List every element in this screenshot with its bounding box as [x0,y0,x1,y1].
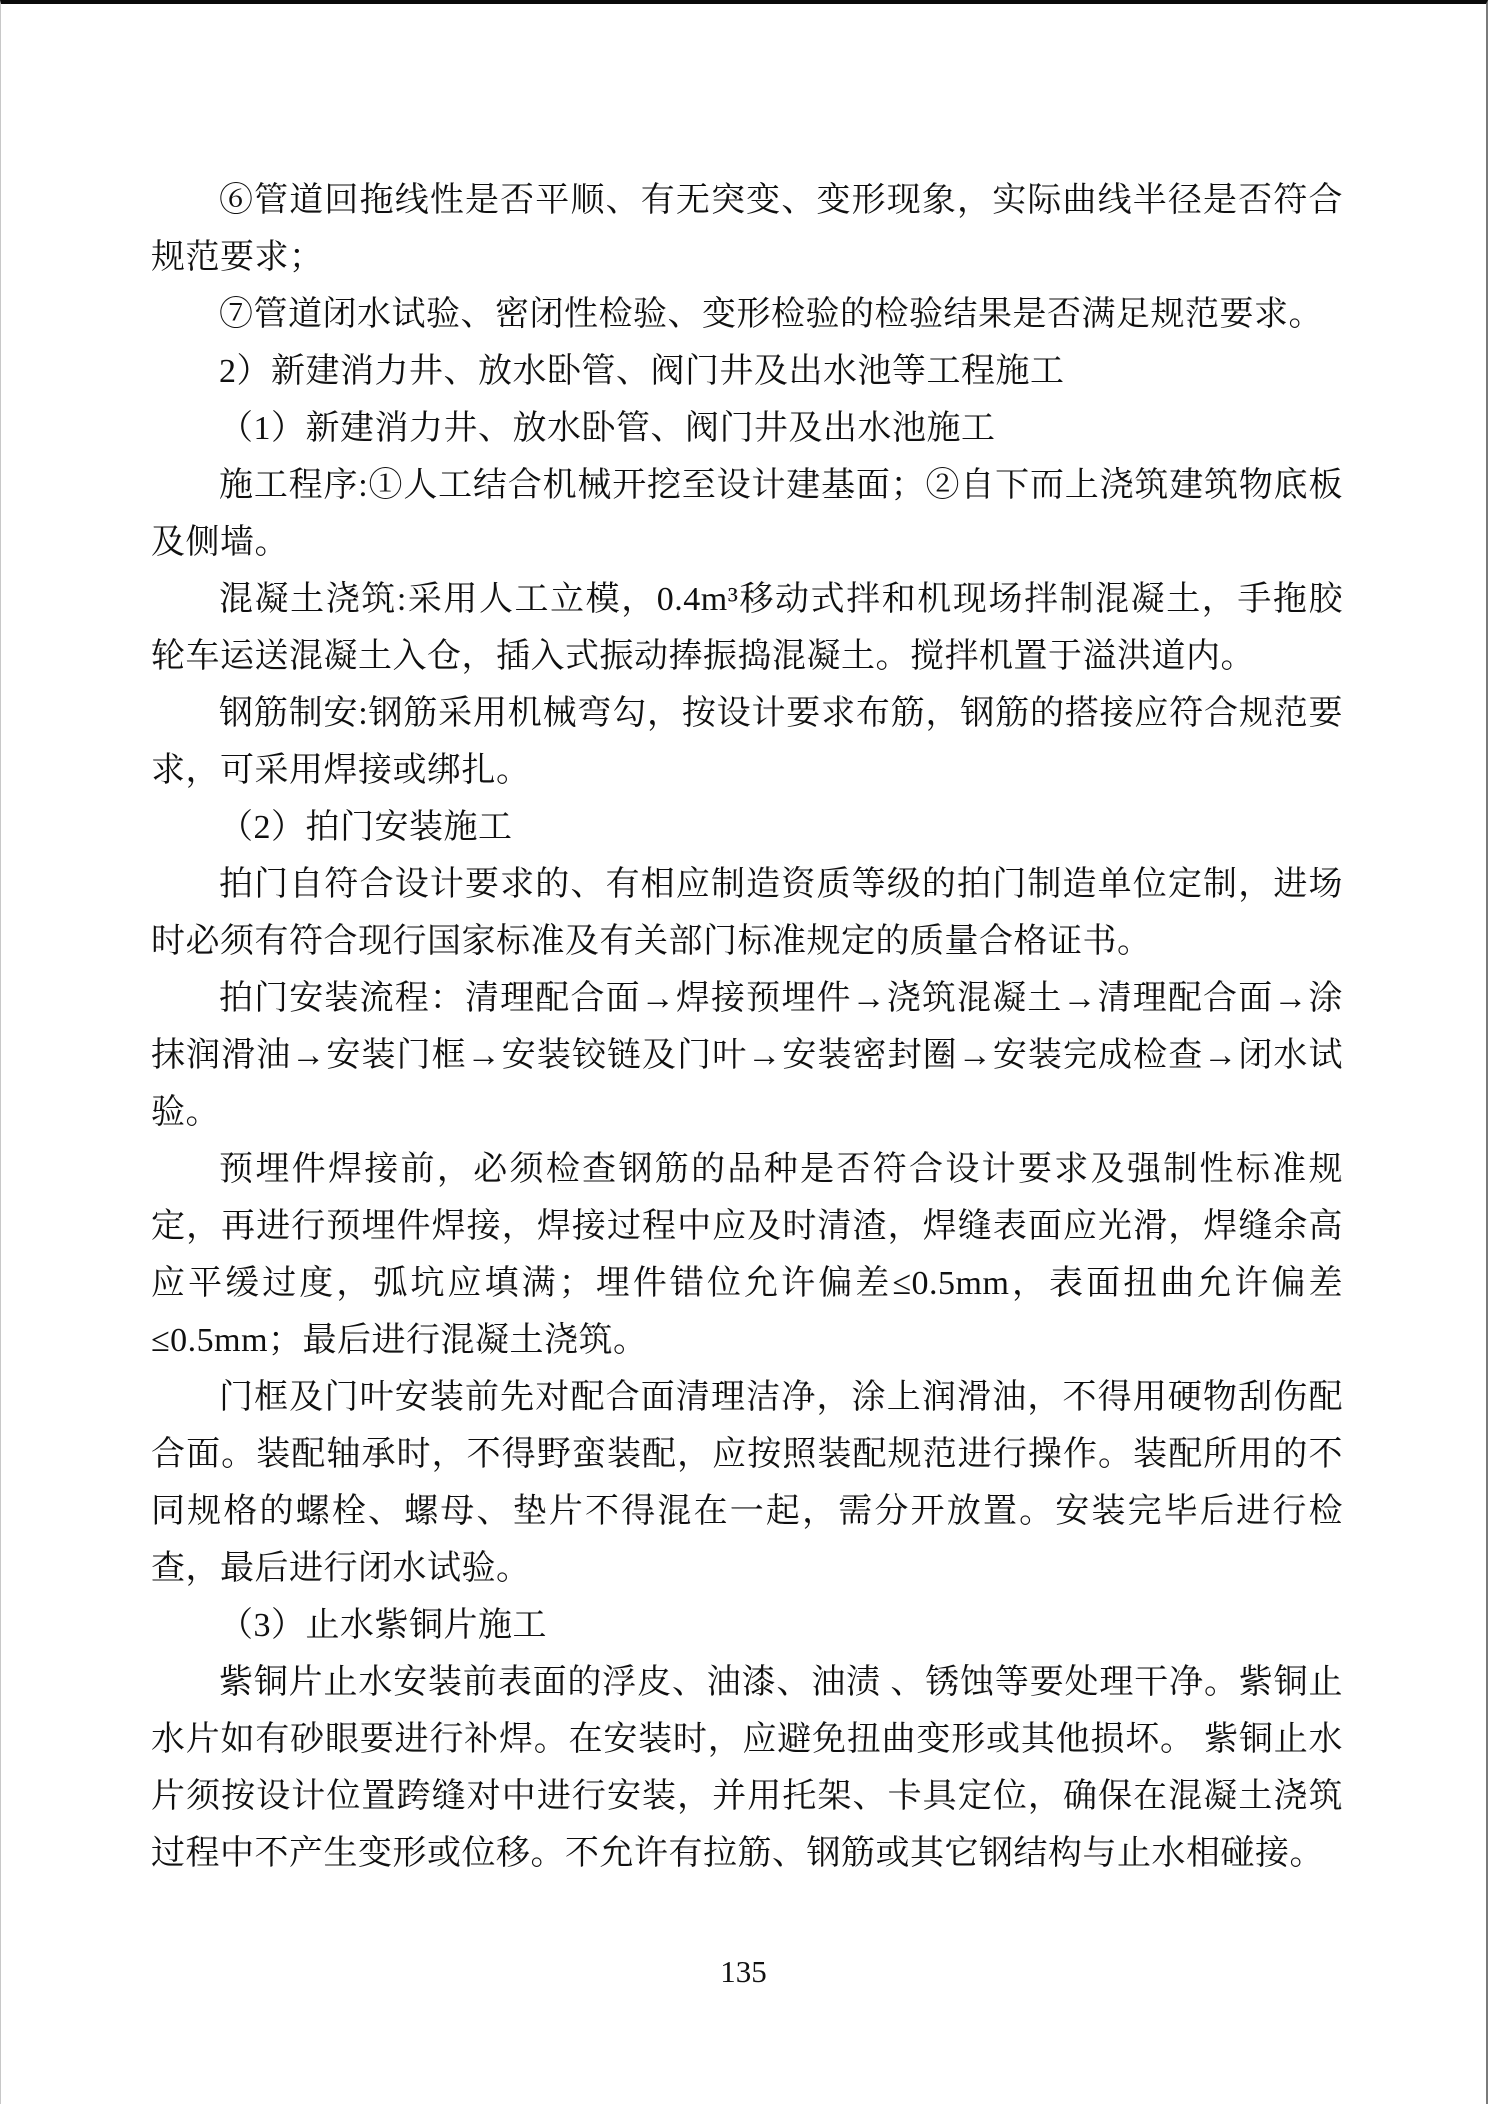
text-line: 门框及门叶安装前先对配合面清理洁净，涂上润滑油，不得用硬物刮伤配 [151,1369,1343,1426]
text-line: ⑦管道闭水试验、密闭性检验、变形检验的检验结果是否满足规范要求。 [151,286,1343,343]
text-line: 紫铜片止水安装前表面的浮皮、油漆、油渍 、锈蚀等要处理干净。紫铜止 [151,1654,1343,1711]
text-line: （2）拍门安装施工 [151,799,1343,856]
text-line: 混凝土浇筑:采用人工立模，0.4m³移动式拌和机现场拌制混凝土，手拖胶 [151,571,1343,628]
text-line: 水片如有砂眼要进行补焊。在安装时，应避免扭曲变形或其他损坏。 紫铜止水 [151,1711,1343,1768]
text-line: 求，可采用焊接或绑扎。 [151,742,1343,799]
text-line: 查，最后进行闭水试验。 [151,1540,1343,1597]
text-line: 验。 [151,1084,1343,1141]
text-line: 过程中不产生变形或位移。不允许有拉筋、钢筋或其它钢结构与止水相碰接。 [151,1825,1343,1882]
text-line: （1）新建消力井、放水卧管、阀门井及出水池施工 [151,400,1343,457]
text-line: 及侧墙。 [151,514,1343,571]
text-line: 片须按设计位置跨缝对中进行安装，并用托架、卡具定位，确保在混凝土浇筑 [151,1768,1343,1825]
text-line: ≤0.5mm；最后进行混凝土浇筑。 [151,1312,1343,1369]
text-line: （3）止水紫铜片施工 [151,1597,1343,1654]
text-line: 钢筋制安:钢筋采用机械弯勾，按设计要求布筋，钢筋的搭接应符合规范要 [151,685,1343,742]
text-line: 同规格的螺栓、螺母、垫片不得混在一起，需分开放置。安装完毕后进行检 [151,1483,1343,1540]
text-line: 施工程序:①人工结合机械开挖至设计建基面；②自下而上浇筑建筑物底板 [151,457,1343,514]
text-line: 时必须有符合现行国家标准及有关部门标准规定的质量合格证书。 [151,913,1343,970]
text-line: 拍门自符合设计要求的、有相应制造资质等级的拍门制造单位定制，进场 [151,856,1343,913]
text-line: 合面。装配轴承时，不得野蛮装配，应按照装配规范进行操作。装配所用的不 [151,1426,1343,1483]
text-line: 轮车运送混凝土入仓，插入式振动捧振捣混凝土。搅拌机置于溢洪道内。 [151,628,1343,685]
page-number: 135 [1,1952,1486,1992]
document-page: ⑥管道回拖线性是否平顺、有无突变、变形现象，实际曲线半径是否符合规范要求；⑦管道… [0,0,1488,2104]
text-line: 规范要求； [151,229,1343,286]
text-line: 定，再进行预埋件焊接，焊接过程中应及时清渣，焊缝表面应光滑，焊缝余高 [151,1198,1343,1255]
text-line: 应平缓过度，弧坑应填满；埋件错位允许偏差≤0.5mm，表面扭曲允许偏差 [151,1255,1343,1312]
document-content: ⑥管道回拖线性是否平顺、有无突变、变形现象，实际曲线半径是否符合规范要求；⑦管道… [151,172,1343,1882]
text-line: 抹润滑油→安装门框→安装铰链及门叶→安装密封圈→安装完成检查→闭水试 [151,1027,1343,1084]
text-line: 预埋件焊接前，必须检查钢筋的品种是否符合设计要求及强制性标准规 [151,1141,1343,1198]
text-line: 2）新建消力井、放水卧管、阀门井及出水池等工程施工 [151,343,1343,400]
text-line: ⑥管道回拖线性是否平顺、有无突变、变形现象，实际曲线半径是否符合 [151,172,1343,229]
text-line: 拍门安装流程：清理配合面→焊接预埋件→浇筑混凝土→清理配合面→涂 [151,970,1343,1027]
